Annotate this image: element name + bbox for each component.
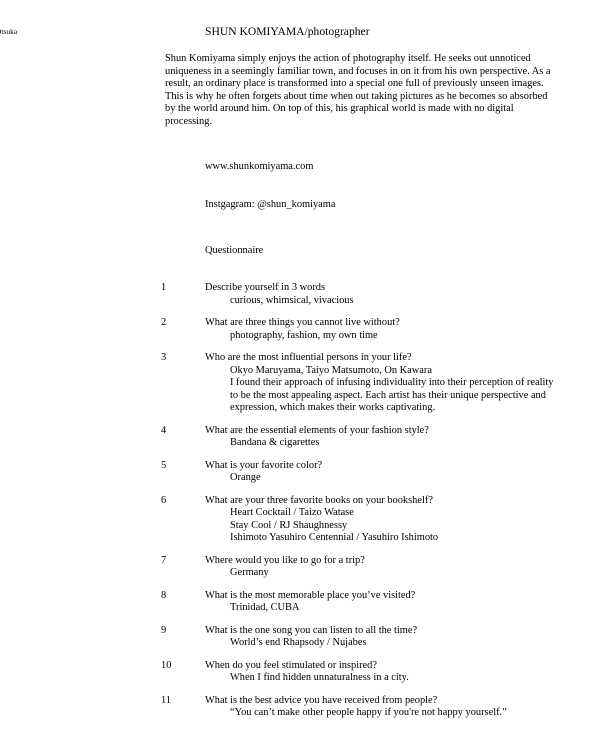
question-text: What are your three favorite books on yo… [205, 495, 597, 508]
questionnaire-list: 1Describe yourself in 3 wordscurious, wh… [161, 282, 597, 730]
intro-paragraph: Shun Komiyama simply enjoys the action o… [165, 53, 597, 129]
question-body: What is your favorite color?Orange [205, 460, 597, 485]
answer-text: When I find hidden unnaturalness in a ci… [230, 672, 597, 685]
question-number: 7 [161, 555, 166, 568]
question-item: 2What are three things you cannot live w… [161, 317, 597, 342]
answer-text: Germany [230, 567, 597, 580]
question-number: 11 [161, 695, 171, 708]
answer-text: curious, whimsical, vivacious [230, 295, 597, 308]
question-item: 10When do you feel stimulated or inspire… [161, 660, 597, 685]
question-number: 9 [161, 625, 166, 638]
question-number: 3 [161, 352, 166, 365]
question-item: 1Describe yourself in 3 wordscurious, wh… [161, 282, 597, 307]
question-body: What is the one song you can listen to a… [205, 625, 597, 650]
question-number: 2 [161, 317, 166, 330]
question-text: Describe yourself in 3 words [205, 282, 597, 295]
question-number: 1 [161, 282, 166, 295]
document-page: Otsuka SHUN KOMIYAMA/photographer Shun K… [0, 0, 597, 750]
question-body: What is the best advice you have receive… [205, 695, 597, 720]
contact-links: www.shunkomiyama.com Instgagram: @shun_k… [205, 136, 335, 237]
question-text: What is the best advice you have receive… [205, 695, 597, 708]
question-item: 5What is your favorite color?Orange [161, 460, 597, 485]
question-item: 4What are the essential elements of your… [161, 425, 597, 450]
answer-text: Heart Cocktail / Taizo Watase Stay Cool … [230, 507, 597, 545]
answer-text: Trinidad, CUBA [230, 602, 597, 615]
question-item: 9What is the one song you can listen to … [161, 625, 597, 650]
question-body: What is the most memorable place you’ve … [205, 590, 597, 615]
question-body: When do you feel stimulated or inspired?… [205, 660, 597, 685]
question-item: 3Who are the most influential persons in… [161, 352, 597, 415]
website-url: www.shunkomiyama.com [205, 161, 335, 174]
answer-text: World’s end Rhapsody / Nujabes [230, 637, 597, 650]
question-text: What is the most memorable place you’ve … [205, 590, 597, 603]
question-item: 11What is the best advice you have recei… [161, 695, 597, 720]
section-heading: Questionnaire [205, 245, 263, 258]
question-text: What is your favorite color? [205, 460, 597, 473]
answer-text: “You can’t make other people happy if yo… [230, 707, 597, 720]
question-text: Who are the most influential persons in … [205, 352, 597, 365]
question-body: What are the essential elements of your … [205, 425, 597, 450]
question-body: Who are the most influential persons in … [205, 352, 597, 415]
answer-text: Bandana & cigarettes [230, 437, 597, 450]
question-item: 8What is the most memorable place you’ve… [161, 590, 597, 615]
question-text: What is the one song you can listen to a… [205, 625, 597, 638]
question-text: When do you feel stimulated or inspired? [205, 660, 597, 673]
answer-text: photography, fashion, my own time [230, 330, 597, 343]
question-number: 6 [161, 495, 166, 508]
question-text: Where would you like to go for a trip? [205, 555, 597, 568]
page-title: SHUN KOMIYAMA/photographer [205, 25, 370, 38]
question-text: What are three things you cannot live wi… [205, 317, 597, 330]
question-body: Where would you like to go for a trip?Ge… [205, 555, 597, 580]
question-number: 8 [161, 590, 166, 603]
question-number: 5 [161, 460, 166, 473]
instagram-handle: Instgagram: @shun_komiyama [205, 199, 335, 212]
question-body: What are three things you cannot live wi… [205, 317, 597, 342]
answer-text: Orange [230, 472, 597, 485]
answer-text: Okyo Maruyama, Taiyo Matsumoto, On Kawar… [230, 365, 597, 415]
question-text: What are the essential elements of your … [205, 425, 597, 438]
question-number: 4 [161, 425, 166, 438]
margin-note: Otsuka [0, 28, 17, 36]
question-body: What are your three favorite books on yo… [205, 495, 597, 545]
question-item: 7Where would you like to go for a trip?G… [161, 555, 597, 580]
question-item: 6What are your three favorite books on y… [161, 495, 597, 545]
question-body: Describe yourself in 3 wordscurious, whi… [205, 282, 597, 307]
question-number: 10 [161, 660, 171, 673]
